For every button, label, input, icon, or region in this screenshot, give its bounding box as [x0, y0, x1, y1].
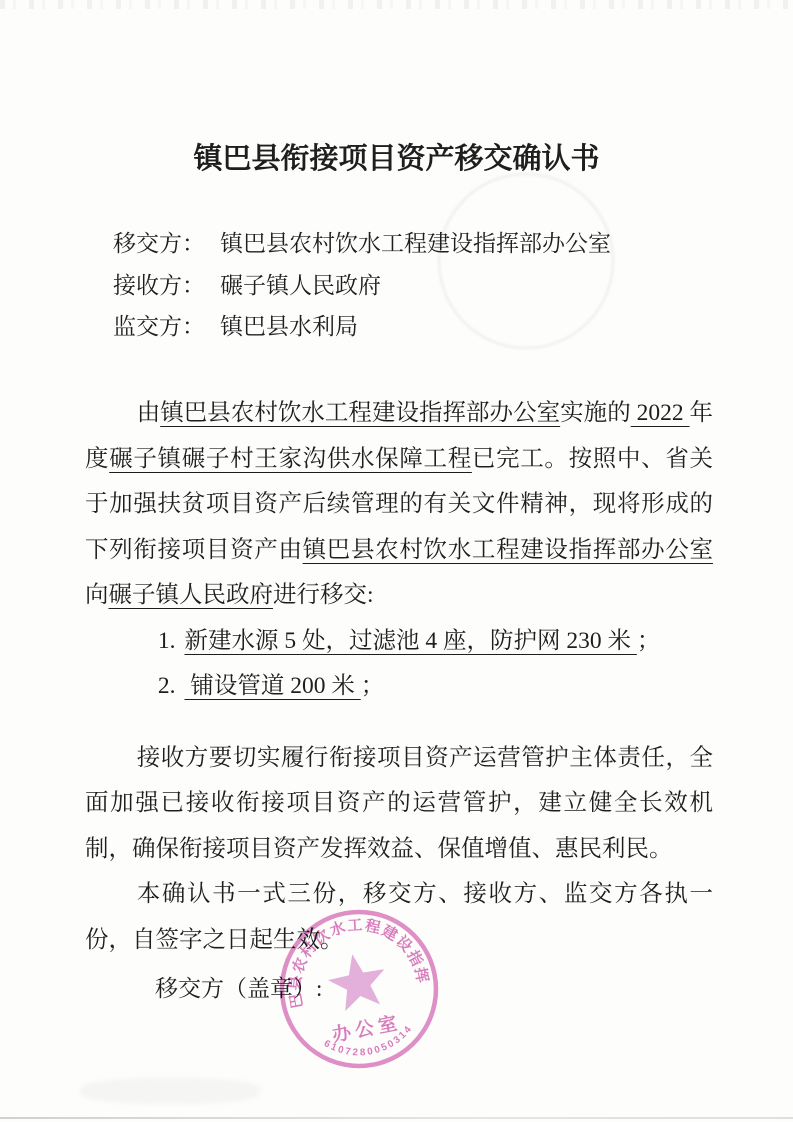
text-segment: 向	[85, 582, 109, 608]
official-seal-stamp: 镇巴县农村饮水工程建设指挥部 办公室 6107280050314	[262, 892, 457, 1087]
seal-star-icon	[324, 949, 391, 1014]
party-row-supervisor: 监交方： 镇巴县水利局	[113, 308, 611, 350]
text-segment: ；	[361, 673, 385, 699]
party-value: 碾子镇人民政府	[220, 267, 381, 300]
asset-list: 1.新建水源 5 处，过滤池 4 座，防护网 230 米 ； 2. 铺设管道 2…	[85, 619, 713, 710]
scan-edge-bottom	[0, 1117, 793, 1119]
asset-item: 2. 铺设管道 200 米 ；	[85, 664, 713, 710]
asset-item: 1.新建水源 5 处，过滤池 4 座，防护网 230 米 ；	[85, 619, 713, 665]
document-page: 镇巴县衔接项目资产移交确认书 移交方： 镇巴县农村饮水工程建设指挥部办公室 接收…	[0, 0, 793, 1122]
document-title: 镇巴县衔接项目资产移交确认书	[0, 136, 793, 177]
paragraph-responsibility: 接收方要切实履行衔接项目资产运营管护主体责任，全面加强已接收衔接项目资产的运营管…	[85, 736, 713, 873]
text-segment: 镇巴县农村饮水工程建设指挥部办公室	[303, 537, 713, 563]
paragraph-project-completion: 由镇巴县农村饮水工程建设指挥部办公室实施的 2022 年度碾子镇碾子村王家沟供水…	[85, 391, 713, 619]
party-label: 监交方：	[113, 308, 205, 341]
party-label: 接收方：	[113, 267, 205, 300]
text-segment: 碾子镇碾子村王家沟供水保障工程	[109, 446, 472, 472]
asset-item-text: 新建水源 5 处，过滤池 4 座，防护网 230 米 ；	[184, 628, 660, 654]
text-segment: 碾子镇人民政府	[109, 582, 274, 608]
party-value: 镇巴县农村饮水工程建设指挥部办公室	[220, 225, 611, 258]
party-row-transferor: 移交方： 镇巴县农村饮水工程建设指挥部办公室	[113, 225, 611, 267]
document-body: 由镇巴县农村饮水工程建设指挥部办公室实施的 2022 年度碾子镇碾子村王家沟供水…	[85, 391, 713, 963]
text-segment: 2022	[631, 400, 690, 426]
text-segment: 铺设管道 200 米	[184, 673, 360, 699]
text-segment: 实施的	[560, 400, 631, 426]
scan-smudge-bottom	[80, 1078, 260, 1104]
party-value: 镇巴县水利局	[220, 308, 358, 341]
party-label: 移交方：	[113, 225, 205, 258]
text-segment: 镇巴县农村饮水工程建设指挥部办公室	[160, 400, 560, 426]
asset-item-number: 1.	[158, 628, 176, 654]
text-segment: 由	[137, 400, 161, 426]
text-segment: 新建水源 5 处，过滤池 4 座，防护网 230 米	[184, 628, 636, 654]
asset-item-text: 铺设管道 200 米 ；	[184, 673, 384, 699]
text-segment: ；	[637, 628, 661, 654]
scan-noise-top	[0, 0, 793, 9]
text-segment: 进行移交:	[273, 582, 374, 608]
asset-item-number: 2.	[158, 673, 176, 699]
parties-block: 移交方： 镇巴县农村饮水工程建设指挥部办公室 接收方： 碾子镇人民政府 监交方：…	[113, 225, 611, 350]
party-row-recipient: 接收方： 碾子镇人民政府	[113, 267, 611, 309]
